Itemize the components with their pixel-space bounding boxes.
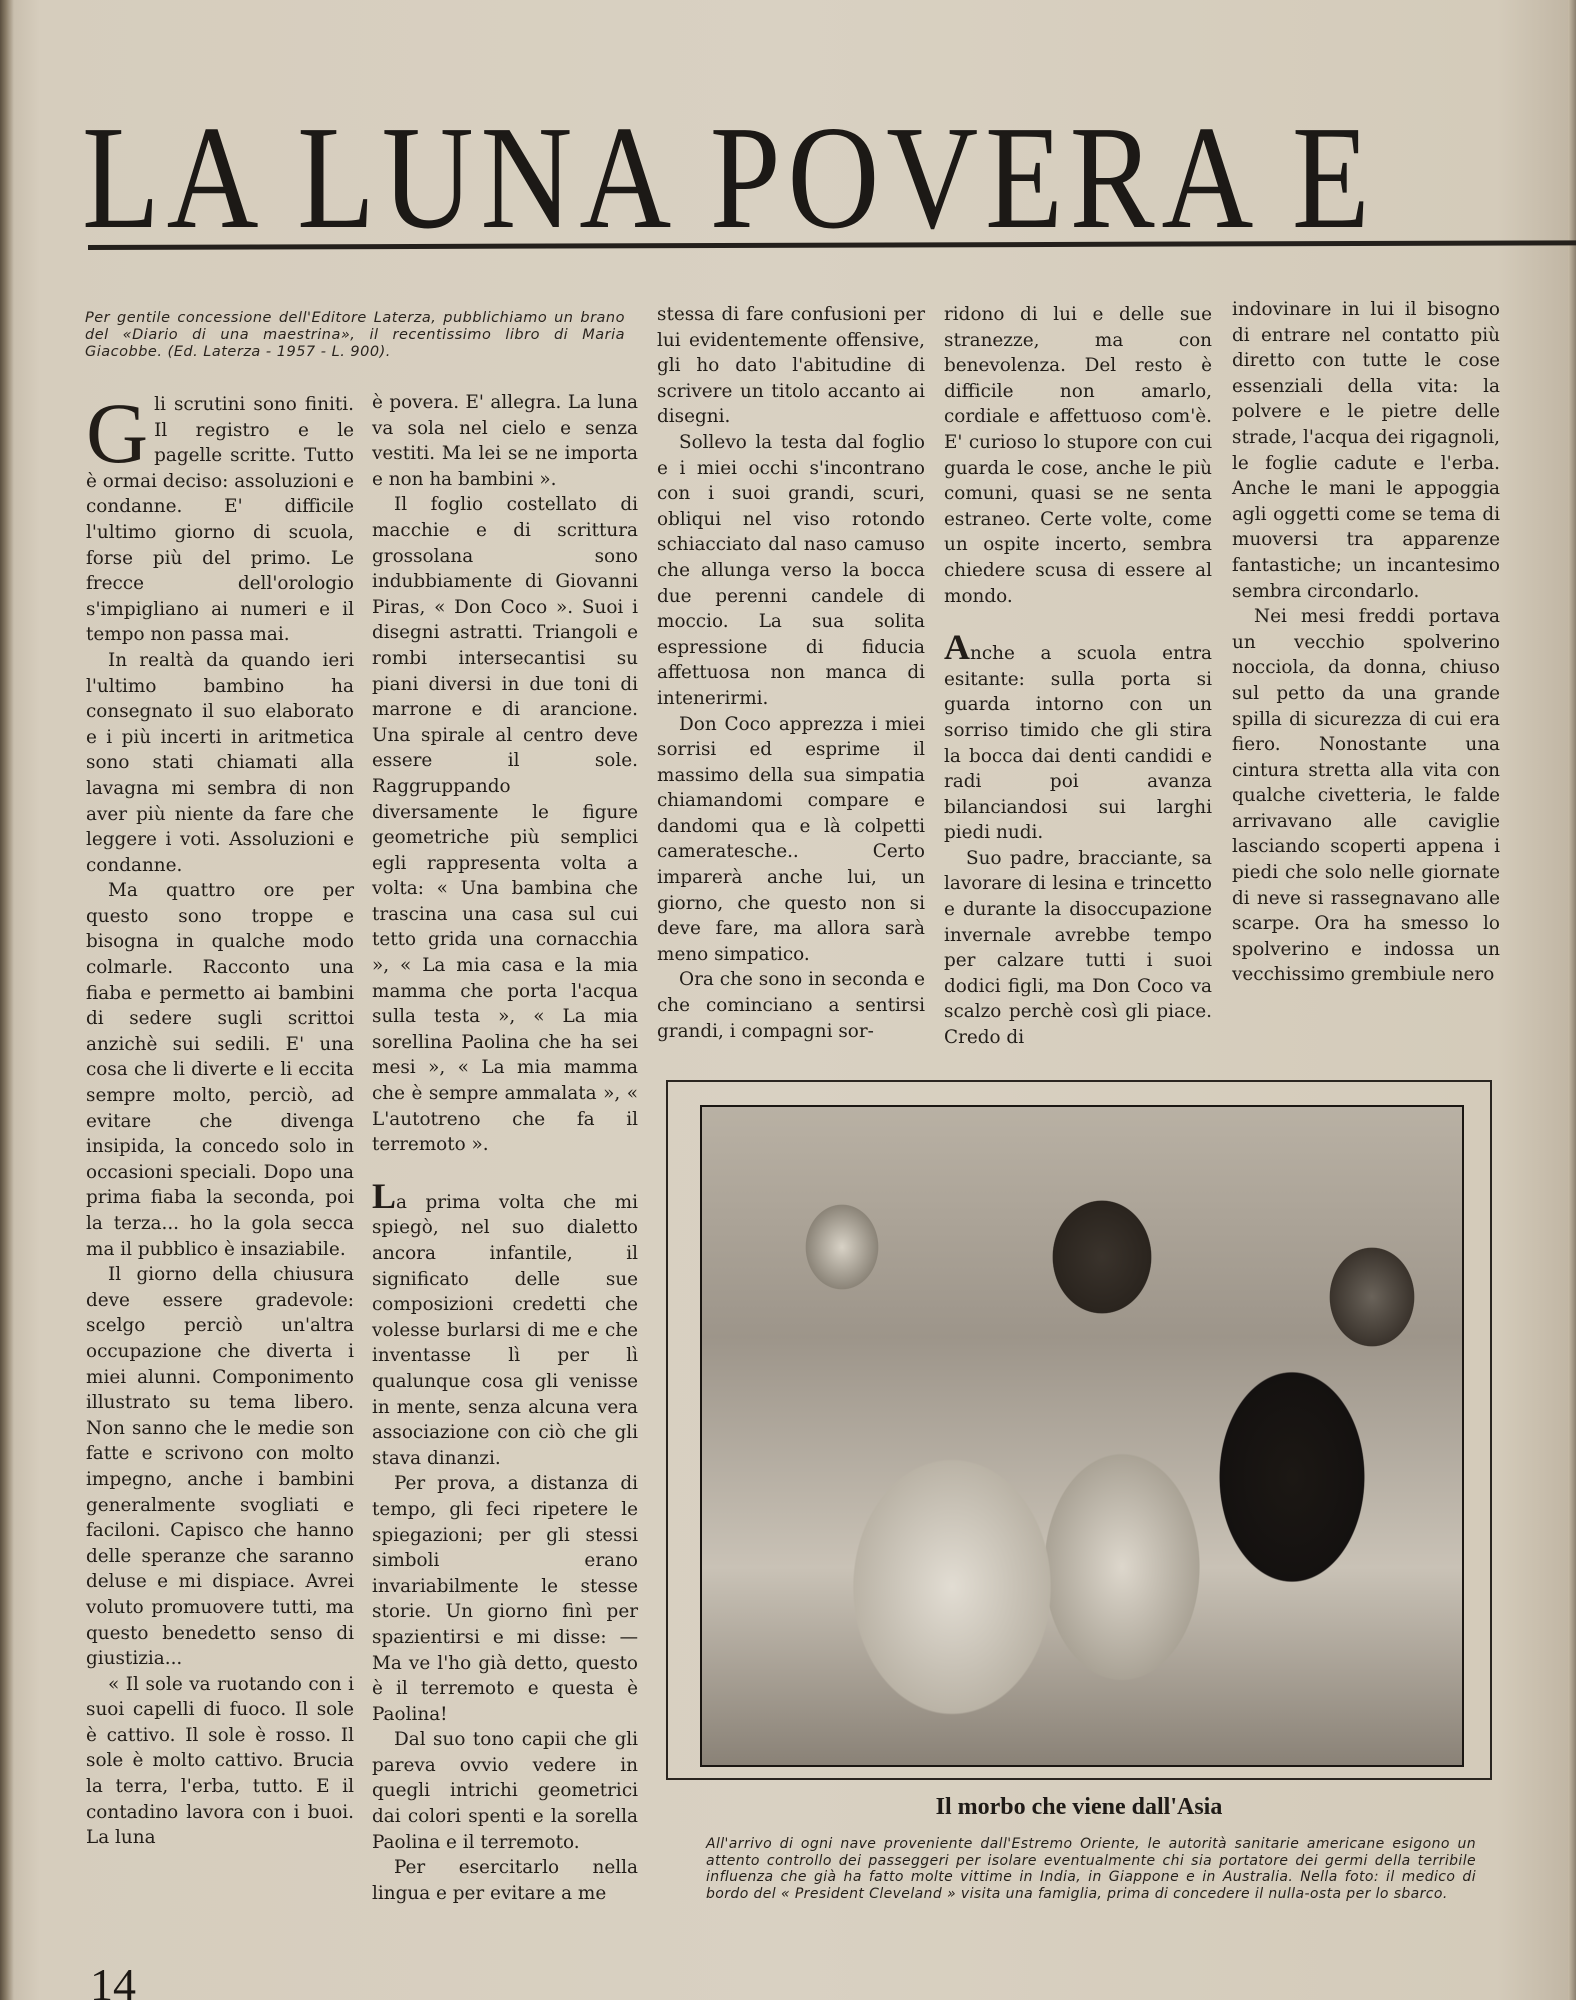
- paragraph: Dal suo tono capii che gli pareva ovvio …: [372, 1727, 638, 1855]
- article-title: LA LUNA POVERA E: [82, 104, 1377, 252]
- paragraph: Per esercitarlo nella lingua e per evita…: [372, 1855, 638, 1906]
- paragraph: Don Coco apprezza i miei sorrisi ed espr…: [657, 712, 925, 968]
- paragraph-text: a prima volta che mi spiegò, nel suo dia…: [372, 1192, 638, 1469]
- paragraph: Sollevo la testa dal foglio e i miei occ…: [657, 430, 925, 712]
- photo-caption: All'arrivo di ogni nave proveniente dall…: [706, 1836, 1476, 1902]
- paragraph: Suo padre, bracciante, sa lavorare di le…: [944, 846, 1212, 1051]
- paragraph: ridono di lui e delle sue stranezze, ma …: [944, 302, 1212, 609]
- paragraph: Per prova, a distanza di tempo, gli feci…: [372, 1471, 638, 1727]
- paragraph: Anche a scuola entra esitante: sulla por…: [944, 635, 1212, 846]
- paragraph: La prima volta che mi spiegò, nel suo di…: [372, 1184, 638, 1472]
- paragraph: Gli scrutini sono finiti. Il registro e …: [86, 392, 354, 648]
- drop-cap: G: [86, 398, 148, 468]
- article-intro-note: Per gentile concessione dell'Editore Lat…: [85, 310, 625, 361]
- paragraph-text: nche a scuola entra esitante: sulla port…: [944, 643, 1212, 843]
- photo-ship-doctor-family: [700, 1105, 1464, 1767]
- paragraph: Ma quattro ore per questo sono troppe e …: [86, 878, 354, 1262]
- text-column-4: ridono di lui e delle sue stranezze, ma …: [944, 302, 1212, 1051]
- paragraph: Nei mesi freddi portava un vecchio spolv…: [1232, 604, 1500, 988]
- paragraph: è povera. E' allegra. La luna va sola ne…: [372, 390, 638, 492]
- drop-cap: A: [944, 627, 970, 667]
- section-gap: [944, 609, 1212, 635]
- paragraph: Il giorno della chiusura deve essere gra…: [86, 1262, 354, 1672]
- page-number: 14: [90, 1962, 136, 2000]
- section-gap: [372, 1158, 638, 1184]
- text-column-1: Gli scrutini sono finiti. Il registro e …: [86, 392, 354, 1851]
- paragraph: In realtà da quando ieri l'ultimo bambin…: [86, 648, 354, 878]
- paragraph: Ora che sono in seconda e che cominciano…: [657, 967, 925, 1044]
- paragraph: Il foglio costellato di macchie e di scr…: [372, 492, 638, 1157]
- drop-cap: L: [372, 1176, 396, 1216]
- paragraph: indovinare in lui il bisogno di entrare …: [1232, 297, 1500, 604]
- paragraph: stessa di fare confusioni per lui eviden…: [657, 302, 925, 430]
- paragraph: « Il sole va ruotando con i suoi capelli…: [86, 1672, 354, 1851]
- photo-headline: Il morbo che viene dall'Asia: [666, 1794, 1492, 1821]
- text-column-3: stessa di fare confusioni per lui eviden…: [657, 302, 925, 1044]
- text-column-2: è povera. E' allegra. La luna va sola ne…: [372, 390, 638, 1906]
- page-edge: [1568, 0, 1576, 2000]
- text-column-5: indovinare in lui il bisogno di entrare …: [1232, 297, 1500, 988]
